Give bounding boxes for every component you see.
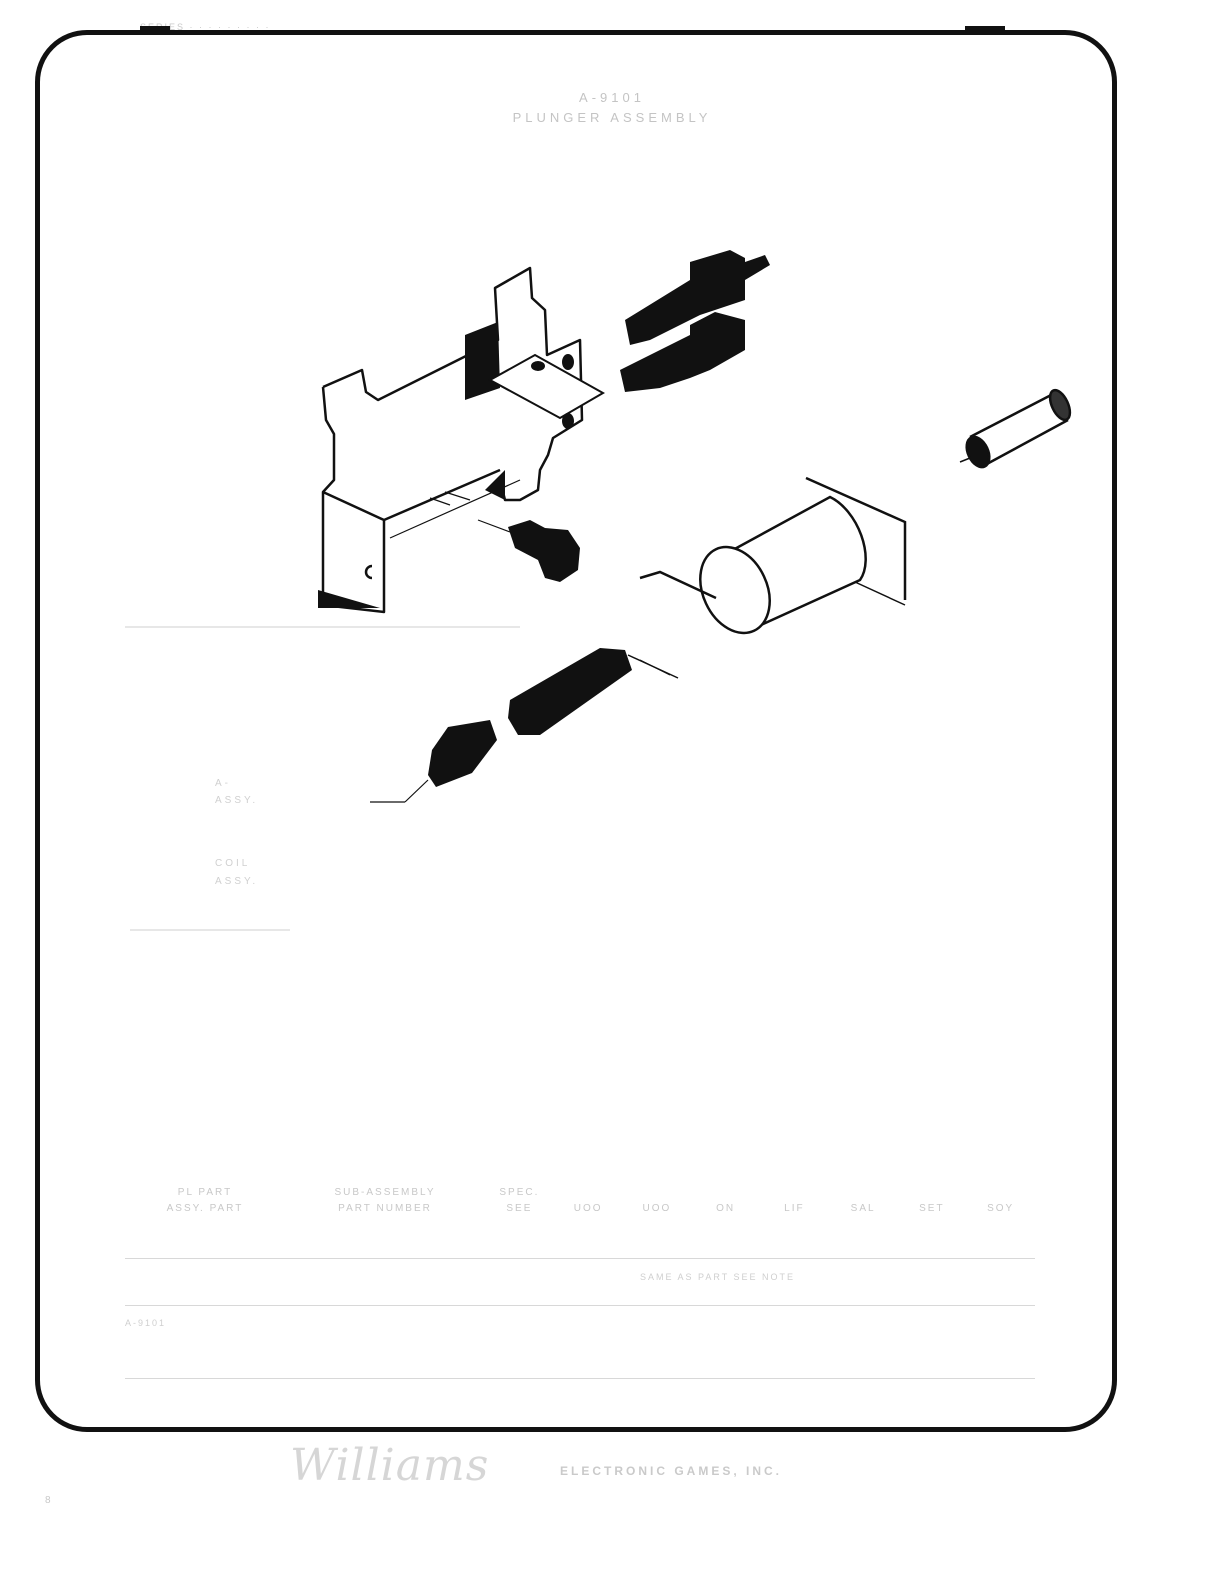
column-header: SOY bbox=[966, 1183, 1035, 1219]
coil-bobbin bbox=[640, 478, 905, 644]
bracket-plate-dark bbox=[465, 322, 500, 400]
company-name: ELECTRONIC GAMES, INC. bbox=[560, 1464, 782, 1478]
plunger-stop-plate bbox=[490, 355, 603, 428]
table-notes-row: SAME AS PART SEE NOTE bbox=[640, 1272, 1040, 1282]
page-number: 8 bbox=[45, 1495, 55, 1506]
table-rule bbox=[125, 1258, 1035, 1259]
callout-label: A- bbox=[215, 778, 231, 789]
callout-label: ASSY. bbox=[215, 795, 258, 806]
exploded-view-diagram bbox=[0, 0, 1224, 1584]
table-rule bbox=[125, 1378, 1035, 1379]
column-header: PL PARTASSY. PART bbox=[125, 1183, 285, 1219]
plunger-tip bbox=[428, 720, 497, 787]
strip-bar-left bbox=[140, 26, 170, 31]
column-header: SPEC.SEE bbox=[485, 1183, 554, 1219]
column-header: UOO bbox=[554, 1183, 623, 1219]
table-part-row: A-9101 bbox=[125, 1318, 1035, 1328]
callout-label: COIL bbox=[215, 858, 250, 869]
parts-table: PL PARTASSY. PART SUB-ASSEMBLYPART NUMBE… bbox=[125, 1183, 1035, 1219]
strip-bar-right bbox=[965, 26, 1005, 31]
plunger-spring bbox=[508, 648, 678, 735]
williams-logo: Williams bbox=[290, 1440, 489, 1491]
footer: Williams ELECTRONIC GAMES, INC. bbox=[290, 1440, 890, 1490]
column-header: LIF bbox=[760, 1183, 829, 1219]
plunger bbox=[960, 387, 1074, 471]
parts-table-header: PL PARTASSY. PART SUB-ASSEMBLYPART NUMBE… bbox=[125, 1183, 1035, 1219]
column-header: ON bbox=[691, 1183, 760, 1219]
callout-label: ASSY. bbox=[215, 876, 258, 887]
column-header: SAL bbox=[829, 1183, 898, 1219]
column-header: UOO bbox=[623, 1183, 692, 1219]
column-header: SET bbox=[898, 1183, 967, 1219]
table-rule bbox=[125, 1305, 1035, 1306]
switch-assembly bbox=[620, 250, 770, 392]
mounting-screw bbox=[508, 520, 580, 582]
column-header: SUB-ASSEMBLYPART NUMBER bbox=[285, 1183, 485, 1219]
